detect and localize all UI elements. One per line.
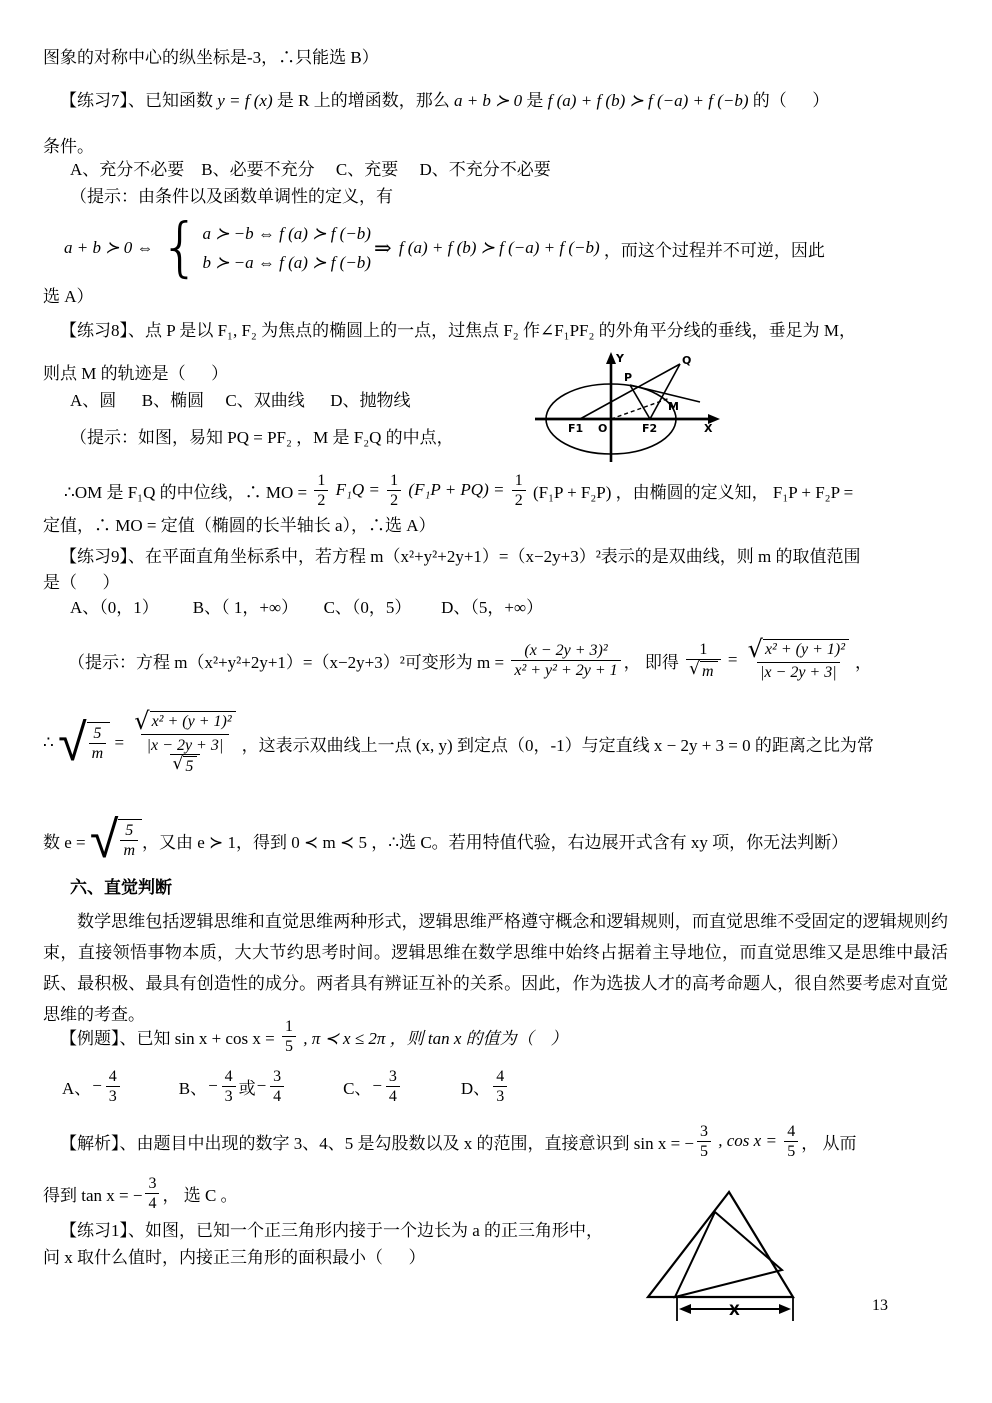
denominator: 3 (106, 1086, 120, 1106)
implies-arrow: ⇒ (374, 236, 392, 261)
denominator: x² + y² + 2y + 1 (511, 660, 620, 680)
radicand: m (700, 661, 718, 681)
example-question: 【例题】、已知 sin x + cos x = 15 , π ≺ x ≤ 2π … (60, 1009, 568, 1063)
label-x-length: X (729, 1303, 740, 1319)
fraction: 45 (784, 1122, 798, 1161)
numerator: 4 (493, 1067, 507, 1086)
numerator: 4 (222, 1067, 236, 1086)
text-segment: （提示：方程 m（x²+y²+2y+1）=（x−2y+3）²可变形为 m = (68, 648, 508, 673)
minus-sign: − (91, 1076, 102, 1096)
ellipse-figure: Y X P Q M F1 O F2 (530, 350, 725, 468)
denominator: m (89, 743, 107, 763)
label-focus-f2: F2 (642, 422, 657, 435)
radicand: 5 (183, 756, 197, 776)
radical-icon: √ (134, 711, 149, 732)
label-focus-f1: F1 (568, 422, 583, 435)
denominator-sqrt-m: √m (686, 659, 720, 681)
page-number: 13 (872, 1295, 888, 1317)
measure-arrowhead-left (679, 1304, 691, 1314)
radicand: x² + (y + 1)² (150, 711, 236, 731)
minus-sign: − (256, 1076, 267, 1096)
denominator-sqrt5: √5 (170, 754, 201, 776)
exercise1-question-cont: 问 x 取什么值时，内接正三角形的面积最小（ ） (43, 1247, 426, 1270)
example-options: A、−43 B、−43或−34 C、−34 D、43 (62, 1059, 510, 1113)
formula-lhs: a + b ≻ 0 ⇔ (64, 238, 158, 258)
formula-tail-text: ，而这个过程并不可逆，因此 (600, 236, 825, 261)
fraction-one-half: 12 (314, 471, 328, 510)
denominator: |x − 2y + 3| (757, 662, 840, 682)
label-point-p: P (624, 371, 632, 384)
exercise1-question: 【练习1】、如图，已知一个正三角形内接于一个边长为 a 的正三角形中， (60, 1220, 603, 1243)
minus-sign: − (207, 1076, 218, 1096)
exercise9-solution-formula: ∴ √5m = √x² + (y + 1)² |x − 2y + 3|√5 ，这… (43, 696, 874, 790)
numerator: 3 (697, 1122, 711, 1141)
numerator: (x − 2y + 3)² (521, 641, 610, 660)
radical-icon: √ (173, 756, 184, 773)
math-segment: y = f (x) (217, 91, 272, 110)
denominator: m (120, 840, 138, 860)
fraction: 1√m (686, 640, 720, 681)
radical-icon: √ (58, 722, 87, 764)
exercise7-question-cont: 条件。 (43, 136, 94, 159)
option-b: B、−43或−34 (179, 1067, 287, 1106)
denominator: 2 (314, 490, 328, 510)
numerator: 3 (386, 1067, 400, 1086)
numerator: 4 (784, 1122, 798, 1141)
left-brace-symbol: { (160, 218, 201, 278)
denominator: 5 (784, 1141, 798, 1161)
triangle-figure: X (640, 1185, 805, 1325)
numerator: 3 (270, 1067, 284, 1086)
dashed-line-o-m (611, 398, 670, 419)
or-text: 或 (239, 1074, 256, 1099)
exercise8-options: A、圆 B、椭圆 C、双曲线 D、抛物线 (70, 390, 410, 413)
radical-icon: √ (90, 819, 119, 861)
sqrt-of-fraction: √5m (90, 819, 142, 861)
sqrt-of-fraction: √5m (58, 722, 110, 764)
text-segment: 【练习7】、已知函数 (60, 91, 217, 110)
exercise8-question: 【练习8】、点 P 是以 F₁, F₂ 为焦点的椭圆上的一点，过焦点 F₂ 作∠… (60, 320, 856, 343)
exercise7-derivation-formula: a + b ≻ 0 ⇔ { a ≻ −b ⇔ f (a) ≻ f (−b) b … (64, 209, 825, 287)
exercise7-options: A、充分不必要 B、必要不充分 C、充要 D、不充分不必要 (70, 159, 551, 182)
exercise7-answer: 选 A） (43, 286, 94, 309)
text-segment: ，又由 e ≻ 1，得到 0 ≺ m ≺ 5 ，∴选 C。若用特值代验，右边展开… (142, 828, 848, 853)
denominator: 4 (145, 1193, 159, 1213)
option-a: A、−43 (62, 1067, 123, 1106)
text-segment: 【例题】、已知 sin x + cos x = (60, 1024, 279, 1049)
exercise9-options: A、（0，1） B、（ 1，+∞） C、（0，5） D、（5，+∞） (70, 597, 543, 620)
exercise8-solution-formula: ∴OM 是 F₁Q 的中位线，∴ MO = 12 F₁Q = 12 (F₁P +… (64, 466, 858, 514)
case-row-2: b ≻ −a ⇔ f (a) ≻ f (−b) (202, 253, 371, 273)
radical-icon: √ (689, 661, 700, 678)
math-segment: f (a) + f (b) ≻ f (−a) + f (−b) (548, 91, 749, 110)
section6-heading: 六、直觉判断 (70, 877, 172, 900)
fraction: 43 (222, 1067, 236, 1106)
text-segment: ， 即得 (624, 648, 684, 673)
text-segment: 【解析】、由题目中出现的数字 3、4、5 是勾股数以及 x 的范围，直接意识到 … (60, 1129, 694, 1154)
label-y-axis: Y (615, 352, 625, 365)
numerator-sqrt: √x² + (y + 1)² (131, 710, 238, 734)
example-analysis-cont: 得到 tan x = − 34 ， 选 C 。 (43, 1166, 238, 1220)
document-page: 图象的对称中心的纵坐标是-3，∴只能选 B） 【练习7】、已知函数 y = f … (0, 0, 992, 1403)
equals-sign: = (724, 650, 742, 670)
fraction: 34 (145, 1174, 159, 1213)
radical-icon: √ (748, 639, 763, 660)
denominator: 4 (386, 1086, 400, 1106)
numerator-sqrt: √x² + (y + 1)² (745, 638, 852, 662)
text-segment: 得到 tan x = − (43, 1181, 142, 1206)
fraction: 34 (386, 1067, 400, 1106)
exercise9-hint-formula: （提示：方程 m（x²+y²+2y+1）=（x−2y+3）²可变形为 m = (… (68, 627, 872, 693)
denominator: 2 (387, 490, 401, 510)
numerator: 3 (145, 1174, 159, 1193)
text-segment: ， 从而 (801, 1129, 856, 1154)
text-segment: ， 选 C 。 (162, 1181, 237, 1206)
denominator: 2 (512, 490, 526, 510)
fraction: 43 (493, 1067, 507, 1106)
text-segment: ，这表示双曲线上一点 (x, y) 到定点（0，-1）与定直线 x − 2y +… (242, 731, 874, 756)
exercise9-question-cont: 是（ ） (43, 572, 120, 595)
denominator-fraction: |x − 2y + 3|√5 (141, 734, 230, 777)
fraction: 15 (282, 1017, 296, 1056)
numerator: |x − 2y + 3| (144, 736, 227, 755)
text-segment: 的（ ） (748, 91, 829, 110)
text-segment: ∴OM 是 F₁Q 的中位线，∴ MO = (64, 478, 311, 503)
math-segment: a + b ≻ 0 (454, 91, 522, 110)
numerator: 1 (387, 471, 401, 490)
exercise7-question: 【练习7】、已知函数 y = f (x) 是 R 上的增函数，那么 a + b … (60, 90, 829, 113)
formula-rhs: f (a) + f (b) ≻ f (−a) + f (−b) (395, 238, 600, 258)
exercise8-hint: （提示：如图，易知 PQ = PF₂ ，M 是 F₂Q 的中点， (70, 427, 454, 450)
equals-sign: = (110, 733, 128, 753)
denominator: 5 (697, 1141, 711, 1161)
option-d: D、43 (461, 1067, 510, 1106)
text-segment: (F₁P + F₂P) ，由椭圆的定义知， F₁P + F₂P = (529, 478, 858, 503)
math-segment: F₁Q = (331, 480, 384, 500)
text-segment: 数 e = (43, 828, 90, 853)
fraction: 35 (697, 1122, 711, 1161)
math-segment: , cos x = (714, 1131, 781, 1151)
measure-arrowhead-right (779, 1304, 791, 1314)
option-label: C、 (343, 1074, 371, 1099)
fraction: 34 (270, 1067, 284, 1106)
exercise9-question: 【练习9】、在平面直角坐标系中，若方程 m（x²+y²+2y+1）=（x−2y+… (60, 546, 861, 569)
fraction: 43 (106, 1067, 120, 1106)
label-point-m: M (668, 400, 679, 413)
numerator: 5 (90, 724, 104, 743)
math-segment: (F₁P + PQ) = (404, 480, 509, 500)
numerator: 4 (106, 1067, 120, 1086)
outer-triangle (648, 1192, 793, 1297)
fraction: √x² + (y + 1)²|x − 2y + 3| (745, 638, 852, 682)
radicand: x² + (y + 1)² (763, 639, 849, 659)
option-label: B、 (179, 1074, 207, 1099)
denominator: 4 (270, 1086, 284, 1106)
text-segment: ， (855, 648, 872, 673)
label-point-q: Q (682, 354, 691, 367)
fraction: (x − 2y + 3)²x² + y² + 2y + 1 (511, 641, 620, 680)
option-c: C、−34 (343, 1067, 403, 1106)
minus-sign: − (371, 1076, 382, 1096)
nested-fraction: √x² + (y + 1)² |x − 2y + 3|√5 (131, 710, 238, 777)
numerator: 1 (512, 471, 526, 490)
text-segment: 是 R 上的增函数，那么 (273, 91, 454, 110)
fraction-one-half: 12 (387, 471, 401, 510)
numerator: 5 (122, 821, 136, 840)
label-origin-o: O (598, 422, 607, 435)
brace-cases: a ≻ −b ⇔ f (a) ≻ f (−b) b ≻ −a ⇔ f (a) ≻… (202, 224, 371, 273)
intro-text: 图象的对称中心的纵坐标是-3，∴只能选 B） (43, 47, 379, 70)
label-x-axis: X (704, 422, 713, 435)
exercise7-hint: （提示：由条件以及函数单调性的定义，有 (70, 186, 393, 209)
example-analysis: 【解析】、由题目中出现的数字 3、4、5 是勾股数以及 x 的范围，直接意识到 … (60, 1114, 856, 1168)
denominator: 3 (222, 1086, 236, 1106)
numerator: 1 (314, 471, 328, 490)
case-row-1: a ≻ −b ⇔ f (a) ≻ f (−b) (202, 224, 371, 244)
math-segment: , π ≺ x ≤ 2π ，则 tan x 的值为（ ） (299, 1024, 568, 1049)
exercise9-solution-cont: 数 e = √5m ，又由 e ≻ 1，得到 0 ≺ m ≺ 5 ，∴选 C。若… (43, 810, 848, 870)
denominator: 5 (282, 1036, 296, 1056)
text-segment: 是 (522, 91, 548, 110)
option-label: D、 (461, 1074, 490, 1099)
option-label: A、 (62, 1074, 91, 1099)
exercise8-question-cont: 则点 M 的轨迹是（ ） (43, 363, 228, 386)
therefore-symbol: ∴ (43, 733, 58, 753)
exercise8-solution-cont: 定值，∴ MO = 定值（椭圆的长半轴长 a），∴选 A） (43, 515, 436, 538)
y-axis-arrowhead (606, 352, 616, 364)
denominator: 3 (493, 1086, 507, 1106)
numerator: 1 (282, 1017, 296, 1036)
fraction-one-half: 12 (512, 471, 526, 510)
numerator: 1 (696, 640, 710, 659)
